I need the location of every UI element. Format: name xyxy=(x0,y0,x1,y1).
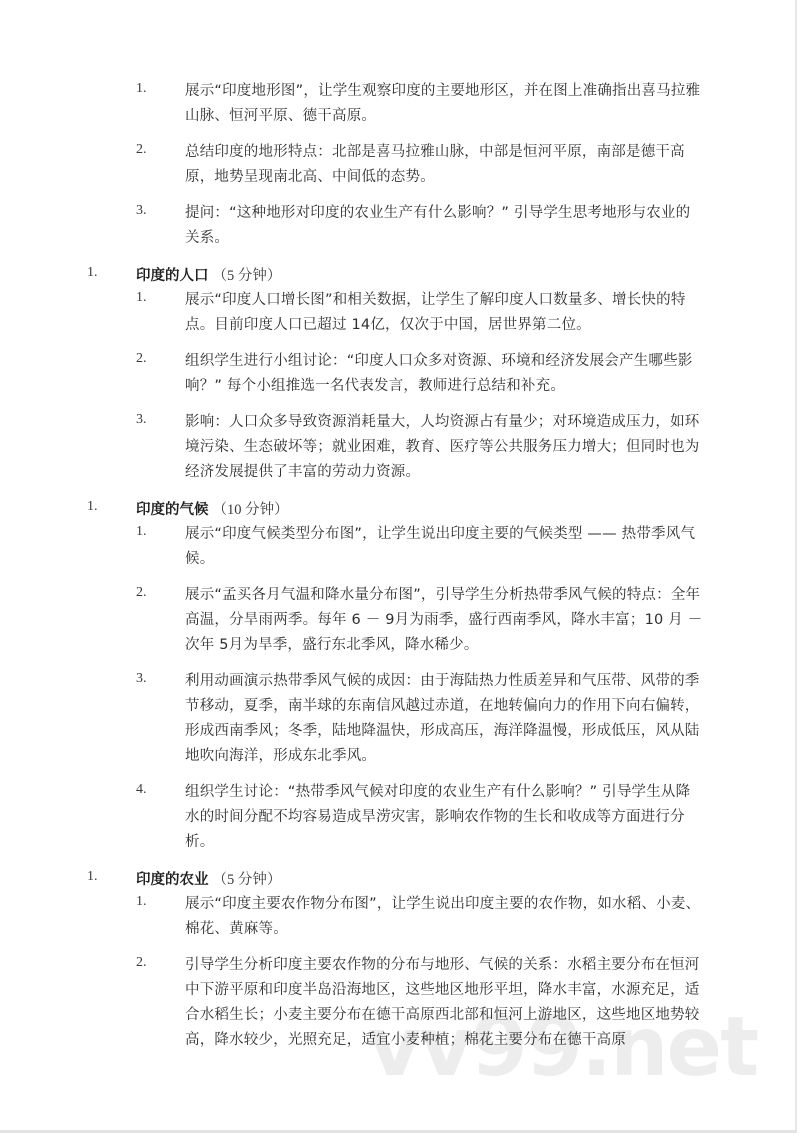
section-title-text: 印度的农业 xyxy=(136,872,209,888)
section-duration: （5 分钟） xyxy=(213,872,282,888)
section-heading: 1. 印度的气候（10 分钟） xyxy=(0,496,800,522)
list-number: 2. xyxy=(136,955,147,971)
list-number: 2. xyxy=(136,351,147,367)
list-item: 1. 展示“印度主要农作物分布图”，让学生说出印度主要的农作物，如水稻、小麦、棉… xyxy=(0,892,800,942)
list-text: 展示“印度地形图”，让学生观察印度的主要地形区，并在图上准确指出喜马拉雅山脉、恒… xyxy=(185,79,705,129)
document-content: 1. 展示“印度地形图”，让学生观察印度的主要地形区，并在图上准确指出喜马拉雅山… xyxy=(0,79,800,1064)
list-number: 2. xyxy=(136,585,147,601)
list-text: 展示“印度主要农作物分布图”，让学生说出印度主要的农作物，如水稻、小麦、棉花、黄… xyxy=(185,892,705,942)
section-heading: 1. 印度的农业（5 分钟） xyxy=(0,866,800,892)
list-item: 2. 总结印度的地形特点：北部是喜马拉雅山脉，中部是恒河平原，南部是德干高原，地… xyxy=(0,140,800,190)
list-number: 1. xyxy=(136,894,147,910)
list-number: 3. xyxy=(136,671,147,687)
list-text: 影响：人口众多导致资源消耗量大，人均资源占有量少；对环境造成压力，如环境污染、生… xyxy=(185,410,705,485)
list-item: 1. 展示“印度地形图”，让学生观察印度的主要地形区，并在图上准确指出喜马拉雅山… xyxy=(0,79,800,129)
document-page: 1. 展示“印度地形图”，让学生观察印度的主要地形区，并在图上准确指出喜马拉雅山… xyxy=(0,0,797,1133)
section-title: 印度的人口（5 分钟） xyxy=(136,264,281,285)
list-number: 1. xyxy=(136,290,147,306)
list-text: 总结印度的地形特点：北部是喜马拉雅山脉，中部是恒河平原，南部是德干高原，地势呈现… xyxy=(185,140,705,190)
list-item: 2. 展示“孟买各月气温和降水量分布图”，引导学生分析热带季风气候的特点：全年高… xyxy=(0,583,800,658)
list-text: 展示“印度气候类型分布图”，让学生说出印度主要的气候类型 —— 热带季风气候。 xyxy=(185,522,705,572)
list-number: 1. xyxy=(136,81,147,97)
list-item: 1. 展示“印度气候类型分布图”，让学生说出印度主要的气候类型 —— 热带季风气… xyxy=(0,522,800,572)
list-text: 组织学生进行小组讨论：“印度人口众多对资源、环境和经济发展会产生哪些影响？” 每… xyxy=(185,349,705,399)
list-item: 2. 引导学生分析印度主要农作物的分布与地形、气候的关系：水稻主要分布在恒河中下… xyxy=(0,953,800,1053)
list-text: 展示“孟买各月气温和降水量分布图”，引导学生分析热带季风气候的特点：全年高温，分… xyxy=(185,583,705,658)
list-number: 3. xyxy=(136,203,147,219)
section-duration: （10 分钟） xyxy=(213,502,289,518)
list-text: 组织学生讨论：“热带季风气候对印度的农业生产有什么影响？” 引导学生从降水的时间… xyxy=(185,780,705,855)
list-number: 2. xyxy=(136,142,147,158)
list-number: 1. xyxy=(136,524,147,540)
section-population: 1. 印度的人口（5 分钟） 1. 展示“印度人口增长图”和相关数据，让学生了解… xyxy=(0,262,800,485)
list-text: 提问：“这种地形对印度的农业生产有什么影响？” 引导学生思考地形与农业的关系。 xyxy=(185,201,705,251)
section-title: 印度的气候（10 分钟） xyxy=(136,498,289,519)
section-heading: 1. 印度的人口（5 分钟） xyxy=(0,262,800,288)
intro-list: 1. 展示“印度地形图”，让学生观察印度的主要地形区，并在图上准确指出喜马拉雅山… xyxy=(0,79,800,251)
section-climate: 1. 印度的气候（10 分钟） 1. 展示“印度气候类型分布图”，让学生说出印度… xyxy=(0,496,800,855)
list-item: 3. 影响：人口众多导致资源消耗量大，人均资源占有量少；对环境造成压力，如环境污… xyxy=(0,410,800,485)
section-agriculture: 1. 印度的农业（5 分钟） 1. 展示“印度主要农作物分布图”，让学生说出印度… xyxy=(0,866,800,1053)
list-item: 3. 利用动画演示热带季风气候的成因：由于海陆热力性质差异和气压带、风带的季节移… xyxy=(0,669,800,769)
section-title: 印度的农业（5 分钟） xyxy=(136,868,281,889)
list-text: 引导学生分析印度主要农作物的分布与地形、气候的关系：水稻主要分布在恒河中下游平原… xyxy=(185,953,705,1053)
list-item: 1. 展示“印度人口增长图”和相关数据，让学生了解印度人口数量多、增长快的特点。… xyxy=(0,288,800,338)
section-duration: （5 分钟） xyxy=(213,268,282,284)
list-text: 利用动画演示热带季风气候的成因：由于海陆热力性质差异和气压带、风带的季节移动，夏… xyxy=(185,669,705,769)
section-number: 1. xyxy=(87,499,98,515)
section-number: 1. xyxy=(87,869,98,885)
list-number: 4. xyxy=(136,782,147,798)
list-item: 3. 提问：“这种地形对印度的农业生产有什么影响？” 引导学生思考地形与农业的关… xyxy=(0,201,800,251)
list-item: 2. 组织学生进行小组讨论：“印度人口众多对资源、环境和经济发展会产生哪些影响？… xyxy=(0,349,800,399)
section-title-text: 印度的人口 xyxy=(136,268,209,284)
section-title-text: 印度的气候 xyxy=(136,502,209,518)
list-text: 展示“印度人口增长图”和相关数据，让学生了解印度人口数量多、增长快的特点。目前印… xyxy=(185,288,705,338)
section-number: 1. xyxy=(87,265,98,281)
list-number: 3. xyxy=(136,412,147,428)
list-item: 4. 组织学生讨论：“热带季风气候对印度的农业生产有什么影响？” 引导学生从降水… xyxy=(0,780,800,855)
